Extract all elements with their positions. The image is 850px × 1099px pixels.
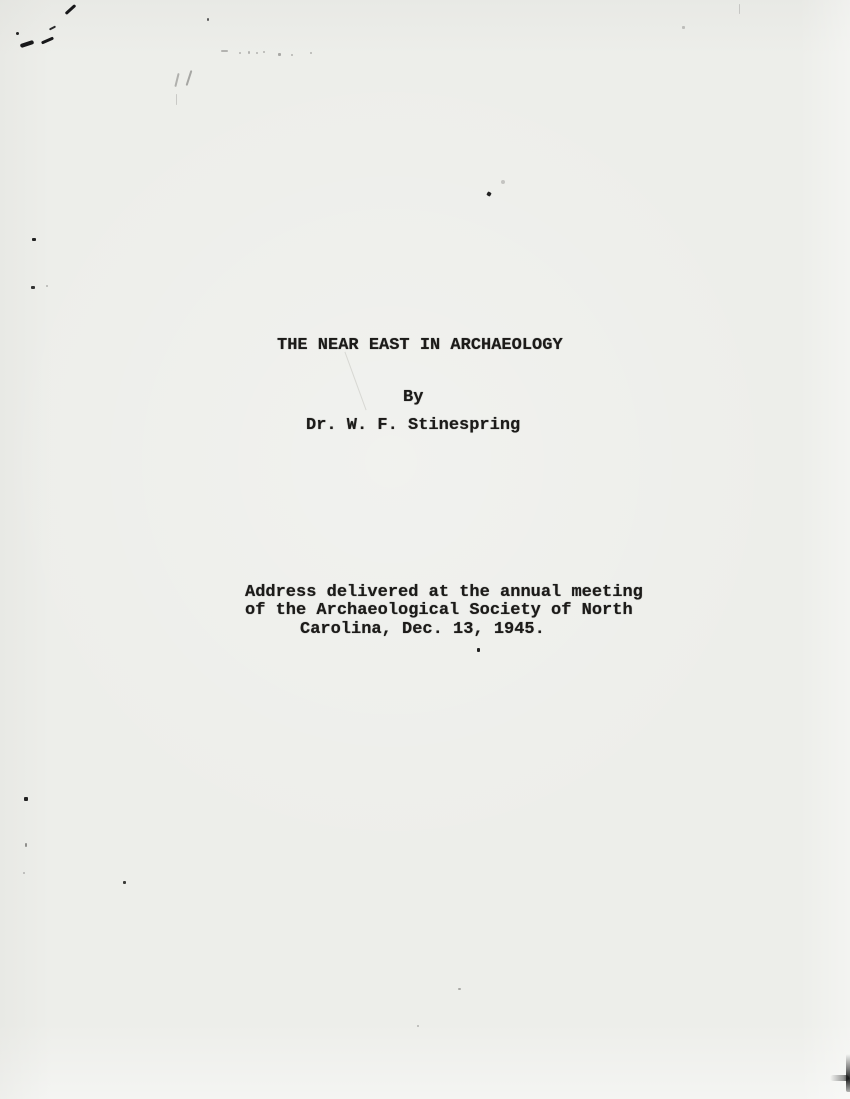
pencil-mark: [174, 73, 179, 87]
scanned-document-page: THE NEAR EAST IN ARCHAEOLOGY By Dr. W. F…: [0, 0, 850, 1099]
faint-mark: [256, 52, 258, 54]
faint-mark: [248, 51, 250, 54]
scan-smudge: [830, 1075, 849, 1081]
ink-speck: [31, 286, 35, 289]
pen-mark: [49, 25, 56, 30]
pencil-mark: [186, 70, 193, 86]
ink-speck: [486, 191, 491, 196]
faint-mark: [501, 180, 505, 184]
faint-mark: [310, 52, 312, 54]
document-title: THE NEAR EAST IN ARCHAEOLOGY: [277, 336, 563, 355]
faint-mark: [682, 26, 685, 29]
author-name: Dr. W. F. Stinespring: [306, 416, 520, 435]
pen-mark: [20, 40, 35, 48]
ink-speck: [32, 238, 36, 241]
faint-mark: [291, 54, 293, 56]
faint-mark: [221, 50, 228, 52]
pen-mark: [41, 36, 54, 44]
ink-speck: [123, 881, 126, 884]
address-note-line-2: of the Archaeological Society of North: [245, 601, 633, 620]
faint-mark: [263, 51, 265, 53]
byline-label: By: [403, 388, 423, 407]
faint-scratch: [344, 352, 366, 411]
faint-mark: [278, 53, 281, 56]
faint-mark: [46, 285, 48, 287]
stray-period-mark: [477, 648, 480, 652]
address-note-line-1: Address delivered at the annual meeting: [245, 583, 643, 602]
faint-mark: [458, 988, 461, 990]
scan-smudge: [846, 1054, 850, 1092]
ink-speck: [24, 797, 28, 801]
faint-mark: [25, 843, 27, 847]
faint-mark: [23, 872, 25, 874]
pen-mark: [65, 4, 77, 15]
faint-scratch: [739, 4, 740, 14]
faint-mark: [417, 1025, 419, 1027]
pencil-mark: [176, 94, 177, 105]
address-note-line-3: Carolina, Dec. 13, 1945.: [300, 620, 545, 639]
faint-mark: [239, 52, 241, 54]
ink-dot: [16, 32, 19, 35]
ink-dot: [207, 18, 209, 21]
